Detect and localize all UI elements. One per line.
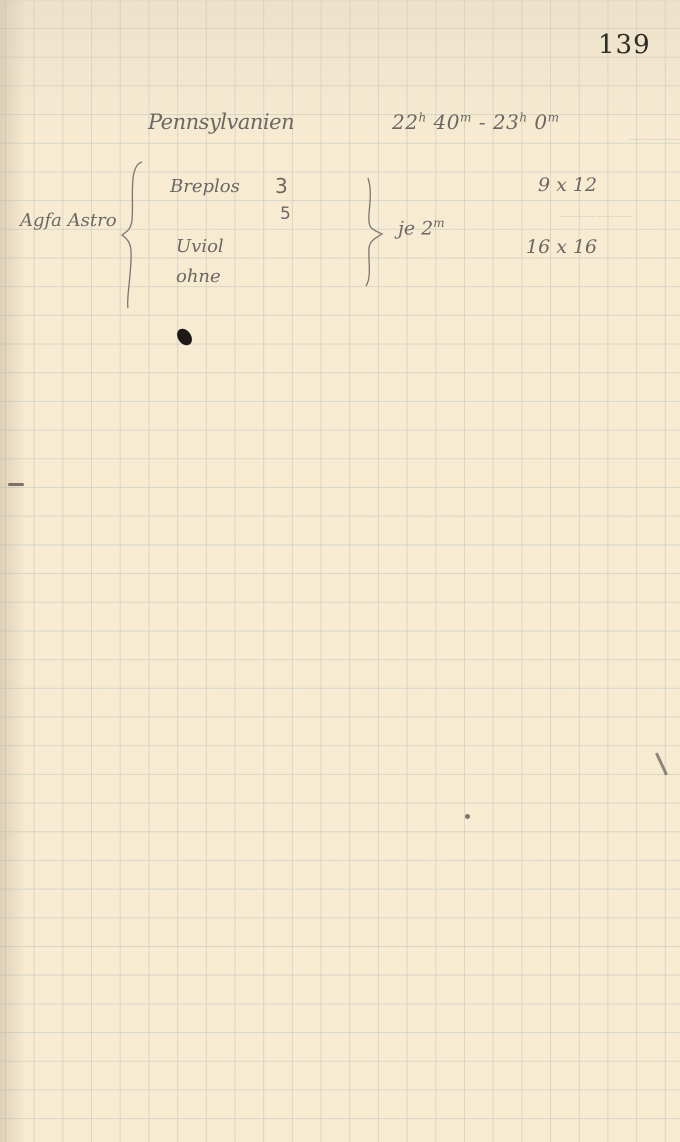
plate-size: 9 x 12 (538, 174, 597, 196)
left-brace-icon (120, 160, 150, 310)
notebook-page: ——— ———— 139 Pennsylvanien 22h 40m - 23h… (0, 0, 680, 1142)
time-end-minute-unit: m (548, 110, 560, 124)
time-start-hour-unit: h (418, 110, 426, 124)
filter-value: 5 (280, 204, 291, 224)
bleed-through-text: ——— (628, 128, 680, 149)
bleed-through-text: ———— (560, 205, 632, 226)
time-start-minute-unit: m (460, 110, 472, 124)
heading-word: Pennsylvanien (148, 110, 294, 134)
exposure-unit: m (433, 216, 444, 230)
plate-size: 16 x 16 (526, 236, 597, 258)
time-end-hour: 23 (493, 110, 519, 134)
filter-value: 3 (275, 174, 288, 198)
time-start-hour: 22 (392, 110, 418, 134)
page-discoloration (0, 0, 680, 140)
filter-item: Breplos (170, 176, 240, 197)
time-range: 22h 40m - 23h 0m (392, 110, 560, 134)
time-start-minute: 40 (434, 110, 460, 134)
right-brace-icon (362, 176, 392, 288)
binding-shadow (0, 0, 26, 1142)
filter-item: Uviol (176, 236, 224, 257)
exposure-note: je 2m (398, 216, 445, 239)
exposure-prefix: je 2 (398, 217, 433, 239)
stray-mark (8, 483, 24, 486)
time-end-minute: 0 (534, 110, 547, 134)
page-number: 139 (598, 30, 651, 60)
filter-item: ohne (176, 266, 221, 287)
time-end-hour-unit: h (519, 110, 527, 124)
plate-type-label: Agfa Astro (20, 210, 117, 231)
stray-mark (465, 814, 470, 819)
stray-mark (655, 752, 668, 775)
ink-blot (174, 326, 195, 348)
time-dash: - (479, 110, 493, 134)
